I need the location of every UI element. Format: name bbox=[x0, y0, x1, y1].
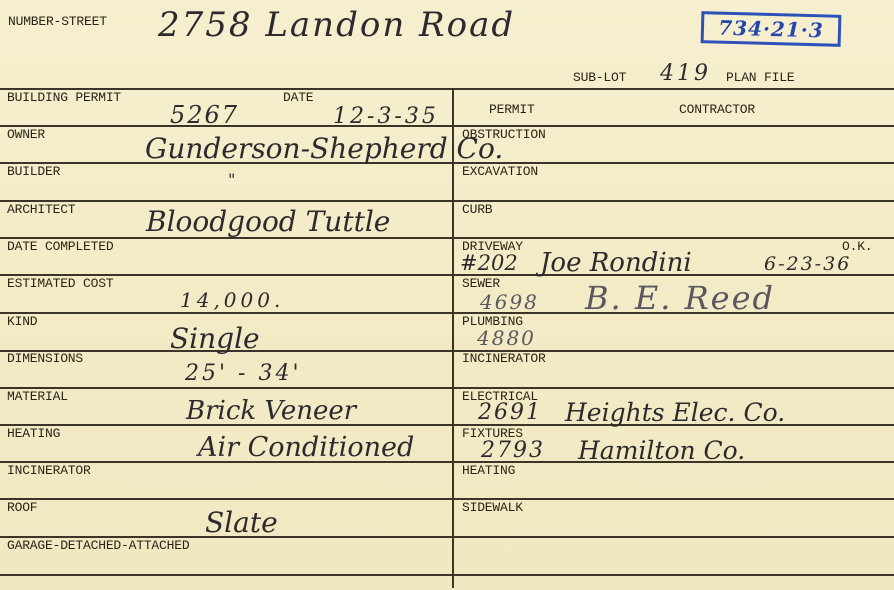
dimensions-label: DIMENSIONS bbox=[7, 352, 83, 366]
incinerator-permit-label: INCINERATOR bbox=[462, 352, 546, 366]
divider bbox=[0, 387, 894, 389]
kind-label: KIND bbox=[7, 315, 37, 329]
contractor-header: CONTRACTOR bbox=[679, 103, 755, 117]
divider bbox=[0, 88, 894, 90]
heating-label: HEATING bbox=[7, 427, 60, 441]
driveway-contractor-value: Joe Rondini bbox=[540, 250, 692, 276]
divider bbox=[0, 237, 894, 239]
builder-label: BUILDER bbox=[7, 165, 60, 179]
date-label: DATE bbox=[283, 91, 313, 105]
architect-value: Bloodgood Tuttle bbox=[146, 208, 390, 236]
sewer-permit-value: 4698 bbox=[480, 292, 539, 312]
roof-value: Slate bbox=[205, 509, 278, 537]
sidewalk-label: SIDEWALK bbox=[462, 501, 523, 515]
incinerator-label: INCINERATOR bbox=[7, 464, 91, 478]
heating-value: Air Conditioned bbox=[198, 434, 414, 461]
date-value: 12-3-35 bbox=[333, 106, 439, 128]
sublot-value: 419 bbox=[660, 63, 711, 85]
material-label: MATERIAL bbox=[7, 390, 68, 404]
divider bbox=[0, 125, 894, 127]
builder-value: " bbox=[228, 172, 235, 188]
material-value: Brick Veneer bbox=[186, 398, 356, 424]
estimated-cost-value: 14,000. bbox=[180, 290, 284, 310]
plan-file-label: PLAN FILE bbox=[726, 71, 794, 85]
fixtures-permit-value: 2793 bbox=[481, 440, 545, 462]
heating-permit-label: HEATING bbox=[462, 464, 515, 478]
building-permit-value: 5267 bbox=[170, 103, 239, 127]
divider bbox=[0, 350, 894, 352]
sublot-label: SUB-LOT bbox=[573, 71, 626, 85]
divider bbox=[0, 574, 894, 576]
estimated-cost-label: ESTIMATED COST bbox=[7, 277, 113, 291]
garage-label: GARAGE-DETACHED-ATTACHED bbox=[7, 539, 189, 553]
divider bbox=[0, 498, 894, 500]
electrical-permit-value: 2691 bbox=[478, 402, 542, 424]
number-street-value: 2758 Landon Road bbox=[158, 8, 515, 42]
owner-value: Gunderson-Shepherd Co. bbox=[145, 135, 503, 163]
roof-label: ROOF bbox=[7, 501, 37, 515]
ok-label: O.K. bbox=[842, 240, 872, 254]
sewer-contractor-value: B. E. Reed bbox=[585, 282, 775, 314]
number-street-label: NUMBER-STREET bbox=[8, 15, 107, 29]
driveway-ok-date-value: 6-23-36 bbox=[764, 255, 851, 274]
divider bbox=[0, 461, 894, 463]
architect-label: ARCHITECT bbox=[7, 203, 75, 217]
permit-header: PERMIT bbox=[489, 103, 535, 117]
driveway-permit-value: #202 bbox=[460, 253, 518, 274]
plumbing-permit-value: 4880 bbox=[477, 328, 536, 348]
kind-value: Single bbox=[170, 325, 260, 353]
file-number-stamp: 734·21·3 bbox=[701, 11, 842, 47]
date-completed-label: DATE COMPLETED bbox=[7, 240, 113, 254]
building-permit-label: BUILDING PERMIT bbox=[7, 91, 121, 105]
owner-label: OWNER bbox=[7, 128, 45, 142]
dimensions-value: 25' - 34' bbox=[185, 363, 302, 385]
building-permit-card: NUMBER-STREET 2758 Landon Road 734·21·3 … bbox=[0, 0, 894, 590]
curb-label: CURB bbox=[462, 203, 492, 217]
fixtures-contractor-value: Hamilton Co. bbox=[578, 438, 745, 463]
obstruction-label: OBSTRUCTION bbox=[462, 128, 546, 142]
sewer-label: SEWER bbox=[462, 277, 500, 291]
divider bbox=[0, 200, 894, 202]
divider bbox=[0, 274, 894, 276]
excavation-label: EXCAVATION bbox=[462, 165, 538, 179]
electrical-contractor-value: Heights Elec. Co. bbox=[565, 400, 785, 425]
